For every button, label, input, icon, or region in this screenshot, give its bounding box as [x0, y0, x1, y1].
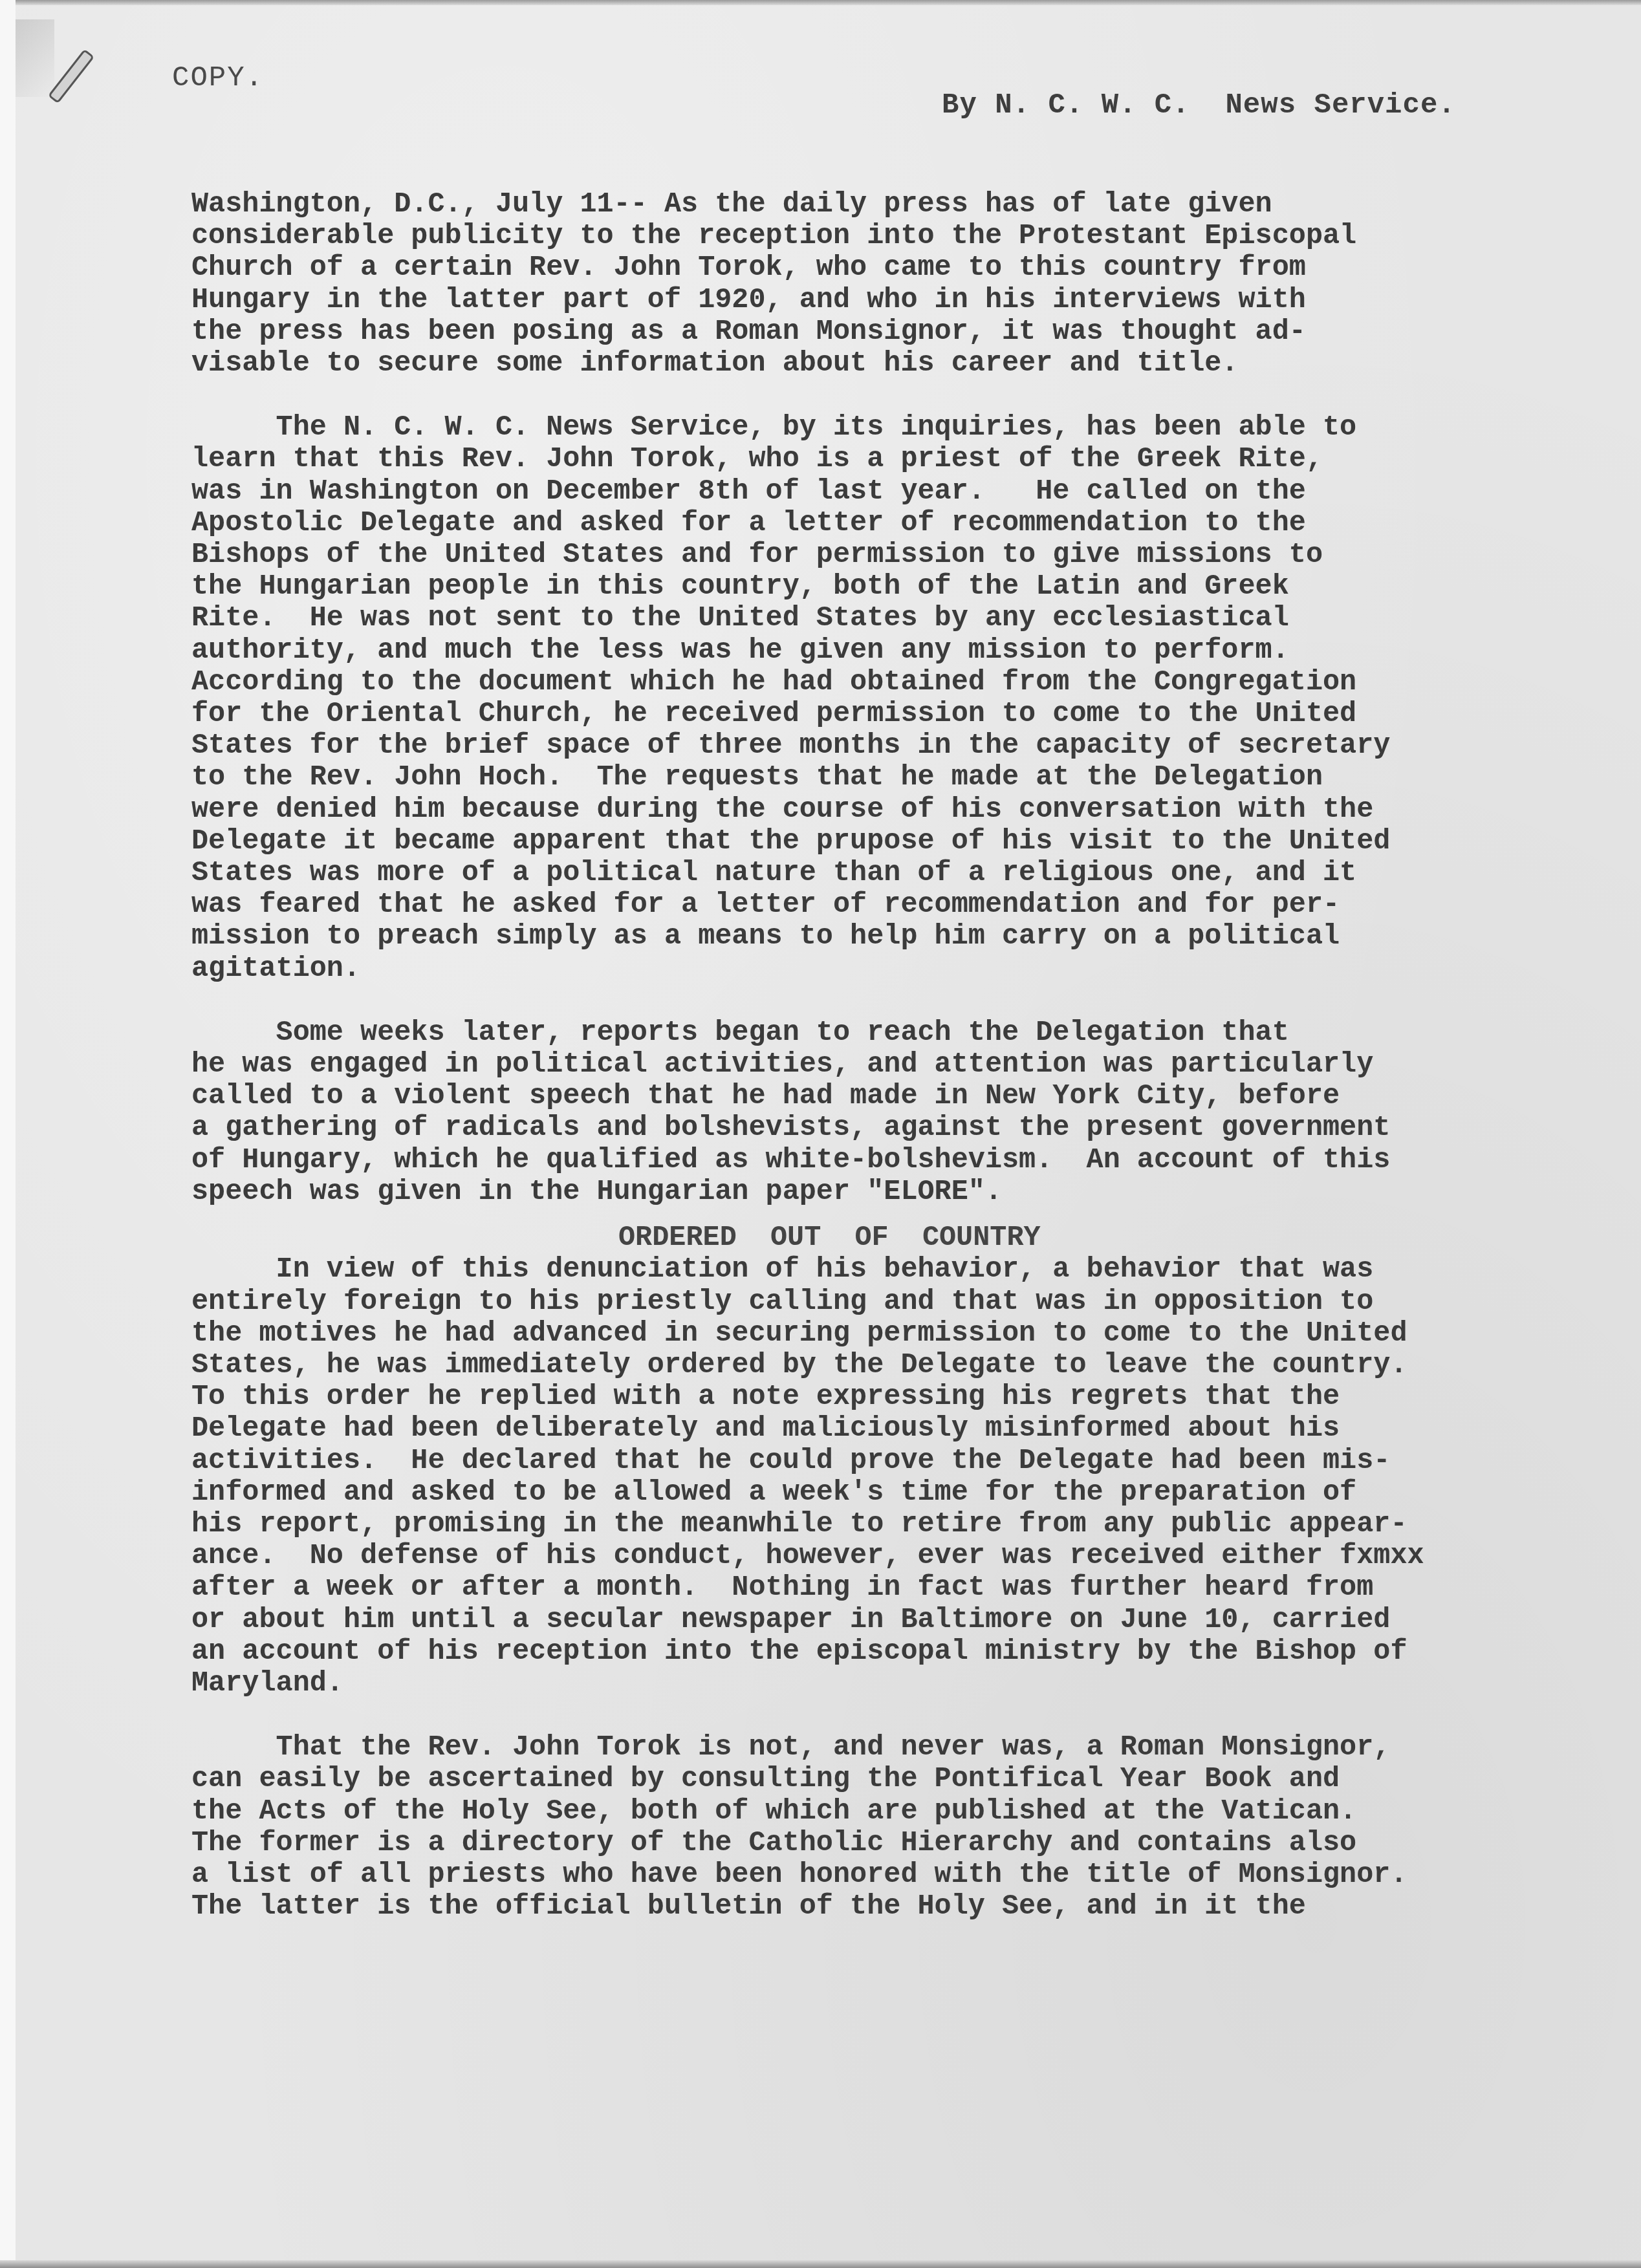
- text-line: That the Rev. John Torok is not, and nev…: [191, 1732, 1640, 1764]
- paragraph-monsignor: That the Rev. John Torok is not, and nev…: [191, 1732, 1640, 1923]
- paragraph-gap: [191, 985, 1640, 1017]
- text-line: his report, promising in the meanwhile t…: [191, 1509, 1640, 1540]
- text-line: for the Oriental Church, he received per…: [191, 698, 1640, 730]
- corner-fold-shadow: [16, 19, 54, 97]
- text-line: To this order he replied with a note exp…: [191, 1381, 1640, 1413]
- text-line: to the Rev. John Hoch. The requests that…: [191, 762, 1640, 794]
- text-line: authority, and much the less was he give…: [191, 635, 1640, 667]
- scan-bottom-edge: [0, 2260, 1641, 2268]
- text-line: Maryland.: [191, 1668, 1640, 1700]
- paragraph-inquiries: The N. C. W. C. News Service, by its inq…: [191, 412, 1640, 985]
- text-line: The latter is the official bulletin of t…: [191, 1891, 1640, 1923]
- text-line: States, he was immediately ordered by th…: [191, 1350, 1640, 1381]
- copy-mark: COPY.: [172, 62, 264, 94]
- text-line: was in Washington on December 8th of las…: [191, 476, 1640, 508]
- text-line: Some weeks later, reports began to reach…: [191, 1017, 1640, 1049]
- text-line: speech was given in the Hungarian paper …: [191, 1176, 1640, 1208]
- scan-top-edge: [16, 0, 1641, 5]
- text-line: Delegate had been deliberately and malic…: [191, 1413, 1640, 1445]
- byline: By N. C. W. C. News Service.: [942, 89, 1456, 122]
- paragraph-gap: [191, 380, 1640, 412]
- paragraph-intro: Washington, D.C., July 11-- As the daily…: [191, 189, 1640, 380]
- text-line: informed and asked to be allowed a week'…: [191, 1477, 1640, 1509]
- text-line: considerable publicity to the reception …: [191, 221, 1640, 252]
- text-line: an account of his reception into the epi…: [191, 1636, 1640, 1668]
- text-line: The N. C. W. C. News Service, by its inq…: [191, 412, 1640, 444]
- text-line: ance. No defense of his conduct, however…: [191, 1540, 1640, 1572]
- text-line: States was more of a political nature th…: [191, 858, 1640, 889]
- text-line: entirely foreign to his priestly calling…: [191, 1286, 1640, 1318]
- text-line: learn that this Rev. John Torok, who is …: [191, 444, 1640, 475]
- text-line: can easily be ascertained by consulting …: [191, 1764, 1640, 1795]
- text-line: visable to secure some information about…: [191, 348, 1640, 380]
- text-line: the Acts of the Holy See, both of which …: [191, 1796, 1640, 1828]
- text-line: after a week or after a month. Nothing i…: [191, 1572, 1640, 1604]
- text-line: mission to preach simply as a means to h…: [191, 921, 1640, 953]
- section-heading: ORDERED OUT OF COUNTRY: [191, 1222, 1640, 1254]
- document-body: Washington, D.C., July 11-- As the daily…: [191, 189, 1640, 1923]
- paragraph-ordered-out: In view of this denunciation of his beha…: [191, 1254, 1640, 1700]
- paragraph-gap: [191, 1700, 1640, 1732]
- text-line: Rite. He was not sent to the United Stat…: [191, 603, 1640, 634]
- text-line: In view of this denunciation of his beha…: [191, 1254, 1640, 1286]
- text-line: agitation.: [191, 953, 1640, 985]
- text-line: the press has been posing as a Roman Mon…: [191, 316, 1640, 348]
- text-line: a gathering of radicals and bolshevists,…: [191, 1112, 1640, 1144]
- text-line: Church of a certain Rev. John Torok, who…: [191, 252, 1640, 284]
- text-line: activities. He declared that he could pr…: [191, 1445, 1640, 1477]
- text-line: he was engaged in political activities, …: [191, 1049, 1640, 1081]
- text-line: the motives he had advanced in securing …: [191, 1318, 1640, 1350]
- text-line: called to a violent speech that he had m…: [191, 1081, 1640, 1112]
- text-line: The former is a directory of the Catholi…: [191, 1828, 1640, 1859]
- text-line: of Hungary, which he qualified as white-…: [191, 1145, 1640, 1176]
- text-line: Washington, D.C., July 11-- As the daily…: [191, 189, 1640, 221]
- text-line: States for the brief space of three mont…: [191, 730, 1640, 762]
- text-line: Bishops of the United States and for per…: [191, 539, 1640, 571]
- text-line: the Hungarian people in this country, bo…: [191, 571, 1640, 603]
- text-line: Apostolic Delegate and asked for a lette…: [191, 508, 1640, 539]
- text-line: were denied him because during the cours…: [191, 794, 1640, 826]
- text-line: According to the document which he had o…: [191, 667, 1640, 698]
- text-line: was feared that he asked for a letter of…: [191, 889, 1640, 921]
- text-line: Delegate it became apparent that the pru…: [191, 826, 1640, 858]
- text-line: a list of all priests who have been hono…: [191, 1859, 1640, 1891]
- text-line: or about him until a secular newspaper i…: [191, 1604, 1640, 1636]
- paragraph-reports: Some weeks later, reports began to reach…: [191, 1017, 1640, 1208]
- text-line: Hungary in the latter part of 1920, and …: [191, 285, 1640, 316]
- scan-left-margin: [0, 0, 16, 2268]
